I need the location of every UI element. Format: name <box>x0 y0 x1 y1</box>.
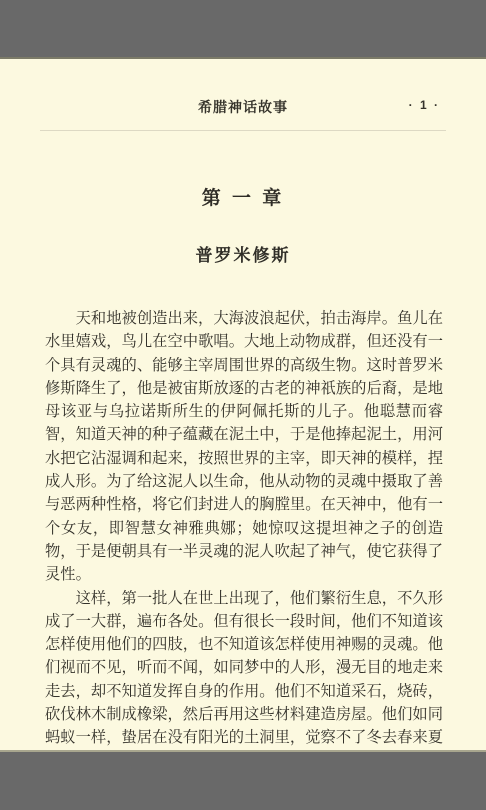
top-frame-bar <box>0 0 486 57</box>
page-number: · 1 · <box>409 98 440 112</box>
reader-screen: 希腊神话故事 · 1 · 第 一 章 普罗米修斯 天和地被创造出来，大海波浪起伏… <box>0 0 486 810</box>
chapter-subtitle: 普罗米修斯 <box>0 241 486 266</box>
bottom-frame-bar <box>0 752 486 810</box>
chapter-title: 第 一 章 <box>0 183 486 210</box>
paragraph: 这样，第一批人在世上出现了，他们繁衍生息，不久形成了一大群，遍布各处。但有很长一… <box>45 587 443 773</box>
header-divider <box>40 130 446 131</box>
paragraph: 天和地被创造出来，大海波浪起伏，拍击海岸。鱼儿在水里嬉戏，鸟儿在空中歌唱。大地上… <box>45 307 443 587</box>
running-header: 希腊神话故事 · 1 · <box>0 97 486 115</box>
reader-page[interactable]: 希腊神话故事 · 1 · 第 一 章 普罗米修斯 天和地被创造出来，大海波浪起伏… <box>0 57 486 752</box>
body-text: 天和地被创造出来，大海波浪起伏，拍击海岸。鱼儿在水里嬉戏，鸟儿在空中歌唱。大地上… <box>45 307 443 773</box>
